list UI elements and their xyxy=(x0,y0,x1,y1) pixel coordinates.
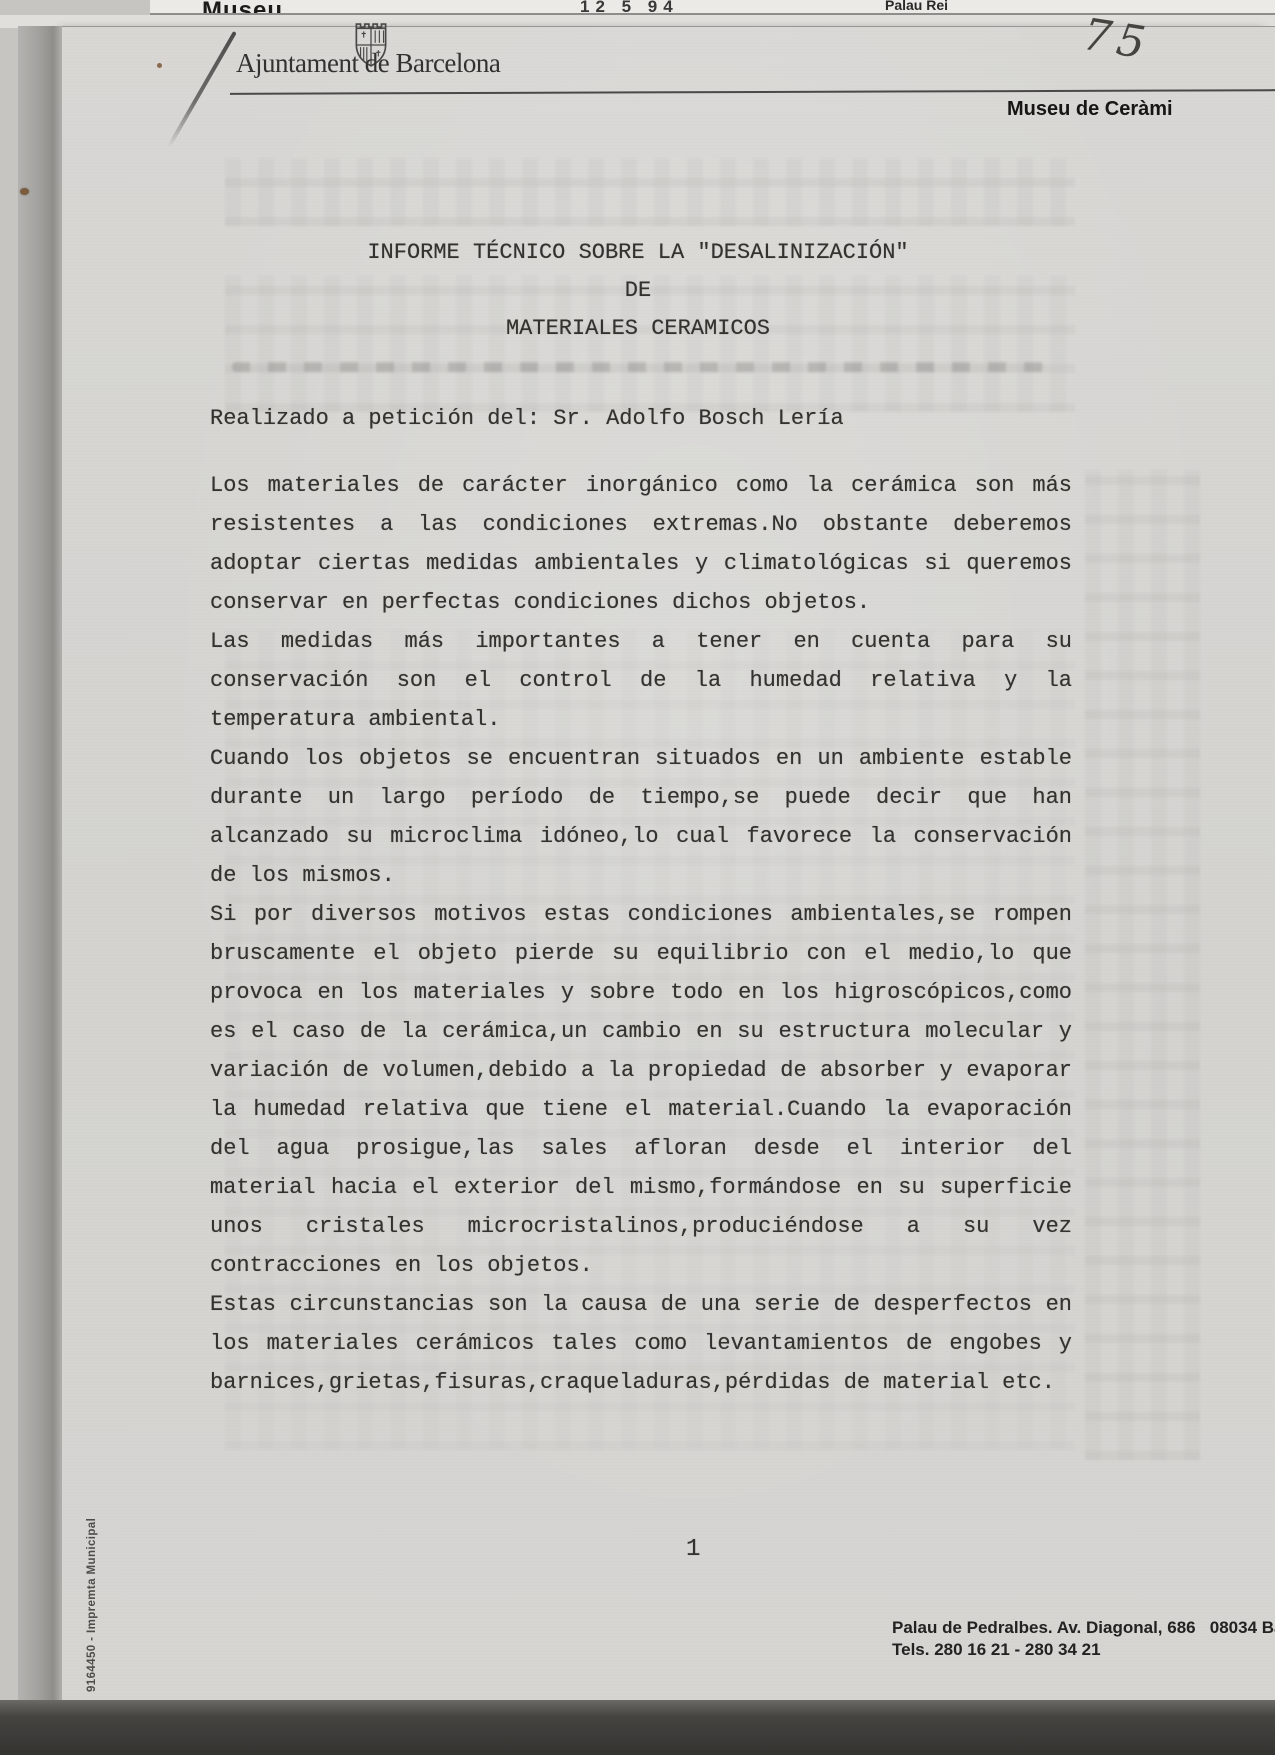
organization-name: Ajuntament de Barcelona xyxy=(236,48,500,79)
sheet-fragment-museu: Museu xyxy=(202,0,283,15)
report-body: Los materiales de carácter inorgánico co… xyxy=(210,466,1072,1402)
scan-bottom-band xyxy=(0,1700,1275,1755)
body-paragraph: Si por diversos motivos estas condicione… xyxy=(210,895,1072,1285)
report-title-line-2: DE xyxy=(207,272,1069,310)
body-paragraph: Los materiales de carácter inorgánico co… xyxy=(210,466,1072,622)
body-paragraph: Las medidas más importantes a tener en c… xyxy=(210,622,1072,739)
page-number: 1 xyxy=(686,1536,700,1563)
scanned-document-page: Museu 12 5 94 Palau Rei Ajuntament de Ba… xyxy=(0,0,1275,1755)
footer-phones: Tels. 280 16 21 - 280 34 21 xyxy=(892,1639,1275,1661)
bleedthrough-line xyxy=(232,362,1044,372)
report-title: INFORME TÉCNICO SOBRE LA "DESALINIZACIÓN… xyxy=(207,234,1069,348)
bleedthrough-smudge xyxy=(225,158,1075,226)
dirt-speck xyxy=(157,63,162,68)
report-title-line-1: INFORME TÉCNICO SOBRE LA "DESALINIZACIÓN… xyxy=(207,234,1069,272)
sheet-fragment-date: 12 5 94 xyxy=(580,0,679,15)
letterhead-footer: Palau de Pedralbes. Av. Diagonal, 686 08… xyxy=(892,1617,1275,1661)
imprint-vertical-text: 9164450 - Impremta Municipal xyxy=(86,1518,98,1692)
requested-by-line: Realizado a petición del: Sr. Adolfo Bos… xyxy=(210,406,844,431)
left-scan-gutter xyxy=(18,26,62,1703)
sheet-fragment-palau: Palau Rei xyxy=(885,0,948,13)
report-title-line-3: MATERIALES CERAMICOS xyxy=(207,310,1069,348)
footer-address: Palau de Pedralbes. Av. Diagonal, 686 08… xyxy=(892,1617,1275,1639)
body-paragraph: Cuando los objetos se encuentran situado… xyxy=(210,739,1072,895)
handwritten-page-mark: 75 xyxy=(1079,9,1154,70)
bleedthrough-smudge xyxy=(1085,470,1200,1460)
department-name: Museu de Ceràmi xyxy=(1007,98,1173,121)
dirt-speck xyxy=(20,188,29,195)
body-paragraph: Estas circunstancias son la causa de una… xyxy=(210,1285,1072,1402)
